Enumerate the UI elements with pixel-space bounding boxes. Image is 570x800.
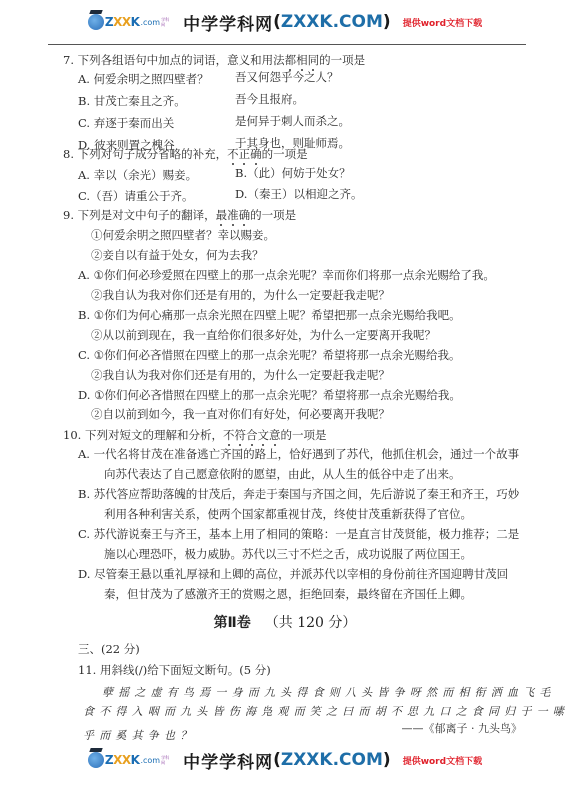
question-9-stem: 9. 下列是对文中句子的翻译，最准确的一项是 (63, 208, 296, 223)
site-domain: ZXXK.COM (281, 750, 383, 770)
q8-option-a: A. 幸以（余光）赐妾。 (78, 168, 197, 183)
q11-passage-line-2: 食不得入咽而九头皆伤海凫观而笑之曰而胡不思九口之食同归于一嗉 (83, 703, 569, 719)
q10-option-b-2: 利用各种利害关系，使两个国家都重视甘茂，终使甘茂重新获得了官位。 (104, 507, 472, 522)
footer-banner: ZXXK .com 学科网 中学学科网 ( ZXXK.COM ) 提供word文… (0, 748, 570, 772)
q7-option-a-left: A. 何爱余明之照四壁者？ (78, 72, 209, 87)
question-7-stem: 7. 下列各组语句中加点的词语，意义和用法都相同的一项是 (63, 53, 365, 68)
q9-option-a-1: A. ①你们何必珍爱照在四壁上的那一点余光呢？幸而你们将那一点余光赐给了我。 (78, 268, 495, 283)
q7-option-a-right: 吾又何怨乎今之人？ (235, 70, 339, 85)
q10-option-a-2: 向苏代表达了自己愿意依附的愿望，由此，从人生的低谷中走了出来。 (104, 467, 461, 482)
q8-option-c: C.（吾）请重公于齐。 (78, 189, 194, 204)
q9-option-d-2: ②自以前到如今，我一直对你们有好处，何必要离开我呢？ (91, 407, 390, 422)
q11-passage-line-1: 孽摇之虚有鸟焉一身而九头得食则八头皆争呀然而相衔洒血飞毛 (102, 684, 556, 700)
exam-page: 7. 下列各组语句中加点的词语，意义和用法都相同的一项是 A. 何爱余明之照四壁… (0, 0, 570, 800)
q7-option-c-right: 是何异于刺人而杀之。 (235, 114, 350, 129)
q9-sentence-2: ②妾自以有益于处女，何为去我？ (91, 248, 264, 263)
q10-option-d-1: D. 尽管秦王悬以重礼厚禄和上卿的高位，并派苏代以宰相的身份前往齐国迎聘甘茂回 (78, 567, 508, 582)
site-name: 中学学科网 (183, 748, 273, 773)
paren-open: ( (273, 750, 281, 770)
q9-option-b-2: ②从以前到现在，我一直给你们很多好处，为什么一定要离开我呢？ (91, 328, 436, 343)
mascot-icon (88, 752, 104, 768)
section-2-title: 第Ⅱ卷（共 120 分） (0, 612, 570, 632)
q7-option-b-right: 吾今且报府。 (235, 92, 304, 107)
section-2-label: 第Ⅱ卷 (214, 615, 251, 631)
q7-option-b-left: B. 甘茂亡秦且之齐。 (78, 94, 186, 109)
q9-option-b-1: B. ①你们为何心痛那一点余光照在四壁上呢？希望把那一点余光赐给我吧。 (78, 308, 461, 323)
q11-passage-line-3: 乎而奚其争也？ (83, 727, 196, 743)
section-2-points: （共 120 分） (265, 615, 357, 631)
logo-com: .com (140, 756, 160, 765)
question-8-stem: 8. 下列对句子成分省略的补充，不正确的一项是 (63, 147, 308, 162)
q10-option-d-2: 秦，但甘茂为了感激齐王的赏赐之恩，拒绝回秦，最终留在齐国任上卿。 (104, 587, 472, 602)
part-3-heading: 三、(22 分) (78, 642, 140, 657)
logo-mini-text: 学科网 (161, 755, 169, 765)
download-tagline: 提供word文档下载 (403, 754, 482, 767)
q10-option-a-1: A. 一代名将甘茂在准备逃亡齐国的路上，恰好遇到了苏代，他抓住机会，通过一个故事 (78, 447, 519, 462)
q10-option-c-2: 施以心理恐吓，极力威胁。苏代以三寸不烂之舌，成功说服了两位国王。 (104, 547, 472, 562)
q9-option-c-1: C. ①你们何必吝惜照在四壁上的那一点余光呢？希望将那一点余光赐给我。 (78, 348, 461, 363)
q9-sentence-1: ①何爱余明之照四壁者？幸以赐妾。 (91, 228, 275, 243)
q11-source: ——《郁离子 · 九头鸟》 (402, 720, 523, 736)
q9-option-c-2: ②我自认为我对你们还是有用的，为什么一定要赶我走呢？ (91, 368, 390, 383)
q10-option-b-1: B. 苏代答应帮助落魄的甘茂后，奔走于秦国与齐国之间，先后游说了秦王和齐王，巧妙 (78, 487, 519, 502)
question-10-stem: 10. 下列对短文的理解和分析，不符合文意的一项是 (63, 428, 326, 443)
q7-option-c-left: C. 弃逐于秦而出关 (78, 116, 174, 131)
zxxk-logo-footer: ZXXK .com 学科网 (88, 749, 169, 771)
paren-close: ) (383, 750, 391, 770)
q8-option-d: D.（秦王）以相迎之齐。 (235, 187, 362, 202)
question-11-stem: 11. 用斜线(/)给下面短文断句。(5 分) (78, 663, 271, 678)
logo-wordmark: ZXXK (105, 753, 140, 767)
q8-option-b: B.（此）何妨于处女？ (235, 166, 351, 181)
q9-option-a-2: ②我自认为我对你们还是有用的，为什么一定要赶我走呢？ (91, 288, 390, 303)
q10-option-c-1: C. 苏代游说秦王与齐王，基本上用了相同的策略：一是直言甘茂贤能，极力推荐；二是 (78, 527, 519, 542)
q9-option-d-1: D. ①你们何必吝惜照在四壁上的那一点余光呢？希望将那一点余光赐给我。 (78, 388, 461, 403)
